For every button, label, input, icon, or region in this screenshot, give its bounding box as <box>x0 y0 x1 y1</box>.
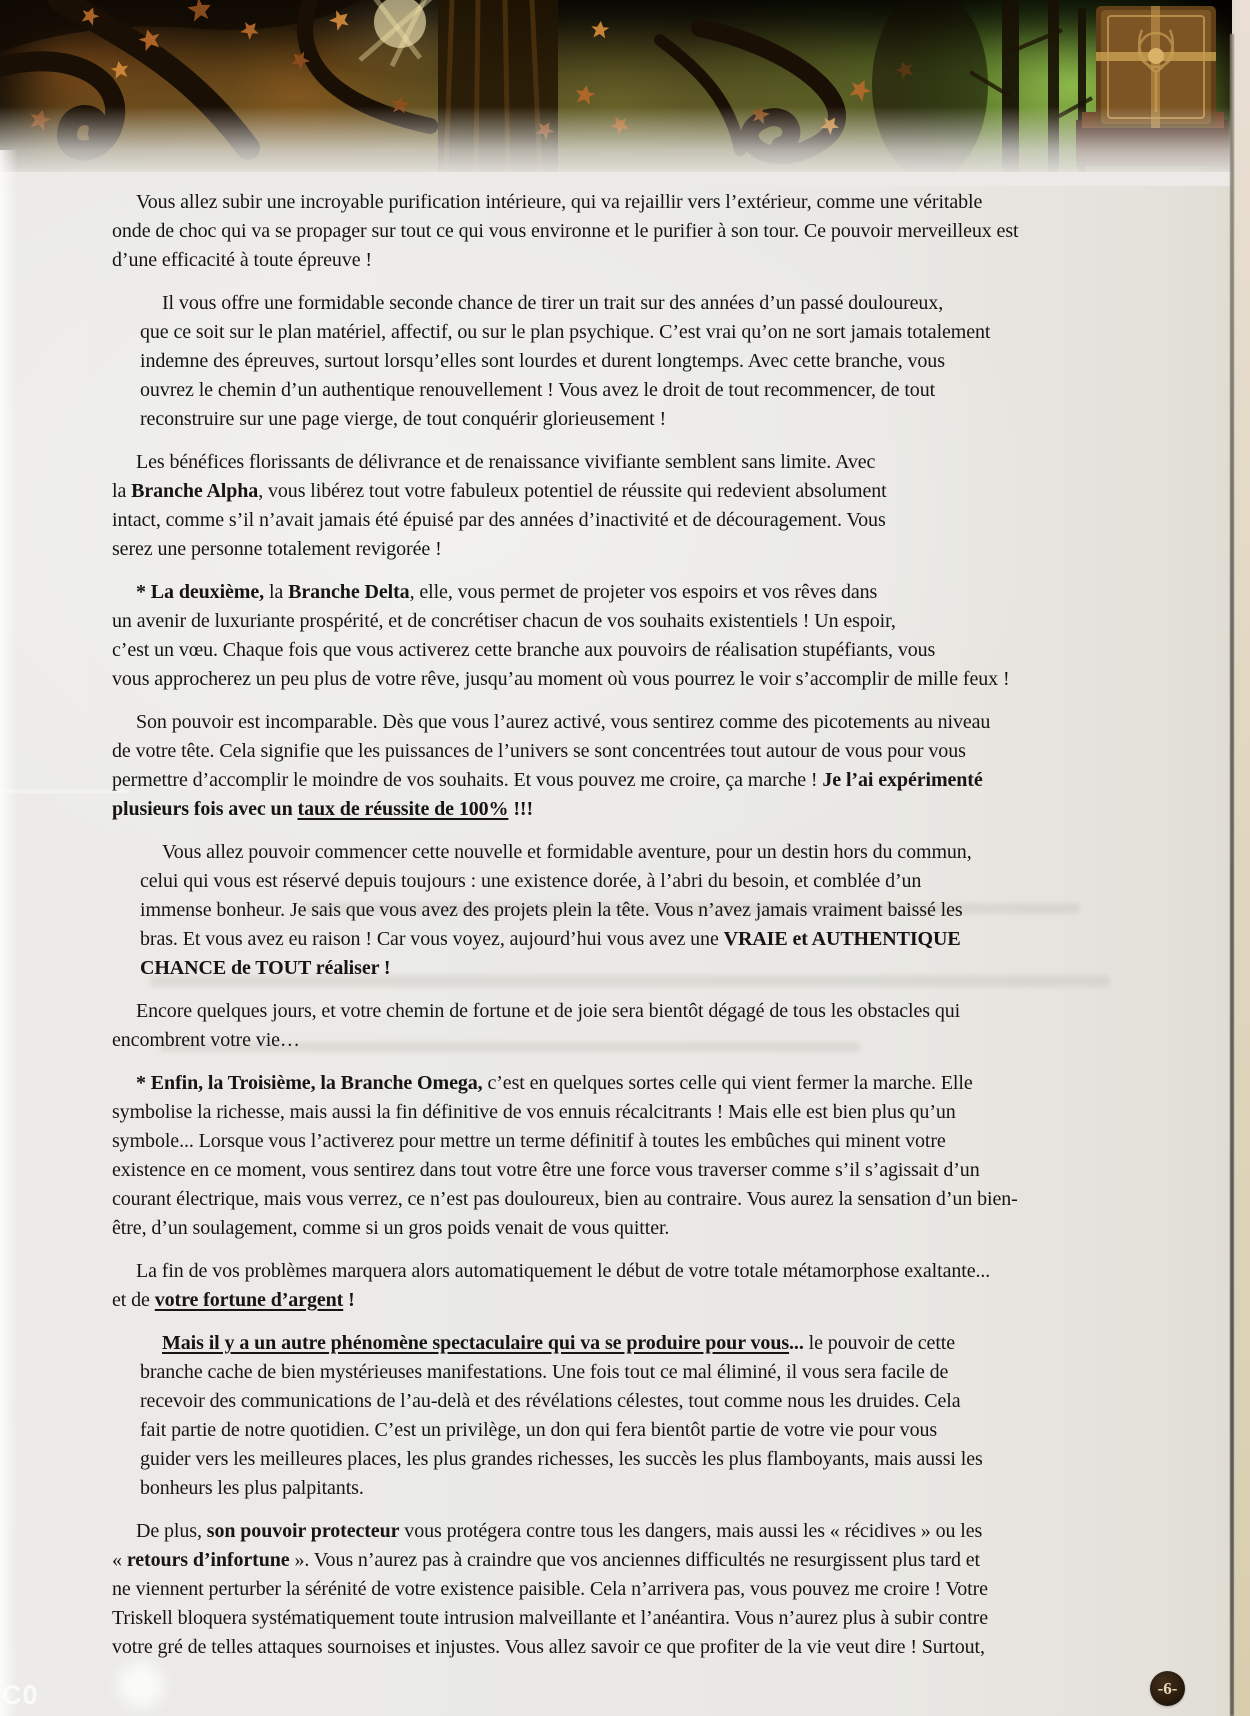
text-line: Vous allez subir une incroyable purifica… <box>112 188 1140 217</box>
text-line: onde de choc qui va se propager sur tout… <box>112 217 1140 246</box>
text-line: plusieurs fois avec un taux de réussite … <box>112 795 1140 824</box>
header-fade <box>0 106 1232 186</box>
text-line: symbolise la richesse, mais aussi la fin… <box>112 1098 1140 1127</box>
text-line: reconstruire sur une page vierge, de tou… <box>112 405 1140 434</box>
text-line: CHANCE de TOUT réaliser ! <box>112 954 1140 983</box>
paragraph: Les bénéfices florissants de délivrance … <box>112 448 1140 564</box>
text-line: immense bonheur. Je sais que vous avez d… <box>112 896 1140 925</box>
text-line: ne viennent perturber la sérénité de vot… <box>112 1575 1140 1604</box>
text-line: * Enfin, la Troisième, la Branche Omega,… <box>112 1069 1140 1098</box>
paragraph: Son pouvoir est incomparable. Dès que vo… <box>112 708 1140 824</box>
text-line: Mais il y a un autre phénomène spectacul… <box>112 1329 1140 1358</box>
text-line: d’une efficacité à toute épreuve ! <box>112 246 1140 275</box>
text-line: « retours d’infortune ». Vous n’aurez pa… <box>112 1546 1140 1575</box>
text-line: être, d’un soulagement, comme si un gros… <box>112 1214 1140 1243</box>
text-line: vous approcherez un peu plus de votre rê… <box>112 665 1140 694</box>
text-line: * La deuxième, la Branche Delta, elle, v… <box>112 578 1140 607</box>
document-body: Vous allez subir une incroyable purifica… <box>112 188 1140 1676</box>
text-line: recevoir des communications de l’au-delà… <box>112 1387 1140 1416</box>
text-line: Vous allez pouvoir commencer cette nouve… <box>112 838 1140 867</box>
text-line: ouvrez le chemin d’un authentique renouv… <box>112 376 1140 405</box>
text-line: indemne des épreuves, surtout lorsqu’ell… <box>112 347 1140 376</box>
text-line: et de votre fortune d’argent ! <box>112 1286 1140 1315</box>
text-line: celui qui vous est réservé depuis toujou… <box>112 867 1140 896</box>
text-line: permettre d’accomplir le moindre de vos … <box>112 766 1140 795</box>
text-line: De plus, son pouvoir protecteur vous pro… <box>112 1517 1140 1546</box>
text-line: bonheurs les plus palpitants. <box>112 1474 1140 1503</box>
text-line: Triskell bloquera systématiquement toute… <box>112 1604 1140 1633</box>
text-line: serez une personne totalement revigorée … <box>112 535 1140 564</box>
scan-background-strip <box>1235 0 1250 1716</box>
paragraph: Vous allez subir une incroyable purifica… <box>112 188 1140 275</box>
text-line: la Branche Alpha, vous libérez tout votr… <box>112 477 1140 506</box>
corner-watermark: C0 <box>2 1680 39 1711</box>
paragraph: Il vous offre une formidable seconde cha… <box>112 289 1140 434</box>
text-line: votre gré de telles attaques sournoises … <box>112 1633 1140 1662</box>
paragraph: Mais il y a un autre phénomène spectacul… <box>112 1329 1140 1503</box>
paragraph: Encore quelques jours, et votre chemin d… <box>112 997 1140 1055</box>
page-edge-shadow <box>1230 34 1234 1716</box>
text-line: courant électrique, mais vous verrez, ce… <box>112 1185 1140 1214</box>
page-number-badge: -6- <box>1150 1671 1185 1706</box>
paragraph: Vous allez pouvoir commencer cette nouve… <box>112 838 1140 983</box>
text-line: fait partie de notre quotidien. C’est un… <box>112 1416 1140 1445</box>
paragraph: * La deuxième, la Branche Delta, elle, v… <box>112 578 1140 694</box>
scanned-letter-page: Vous allez subir une incroyable purifica… <box>0 0 1250 1716</box>
text-line: Il vous offre une formidable seconde cha… <box>112 289 1140 318</box>
text-line: Son pouvoir est incomparable. Dès que vo… <box>112 708 1140 737</box>
text-line: encombrent votre vie… <box>112 1026 1140 1055</box>
scan-edge-highlight <box>0 150 18 1716</box>
text-line: guider vers les meilleures places, les p… <box>112 1445 1140 1474</box>
paragraph: La fin de vos problèmes marquera alors a… <box>112 1257 1140 1315</box>
text-line: symbole... Lorsque vous l’activerez pour… <box>112 1127 1140 1156</box>
fold-crease <box>0 790 130 793</box>
text-line: de votre tête. Cela signifie que les pui… <box>112 737 1140 766</box>
text-line: que ce soit sur le plan matériel, affect… <box>112 318 1140 347</box>
text-line: un avenir de luxuriante prospérité, et d… <box>112 607 1140 636</box>
paragraph: De plus, son pouvoir protecteur vous pro… <box>112 1517 1140 1662</box>
text-line: branche cache de bien mystérieuses manif… <box>112 1358 1140 1387</box>
text-line: bras. Et vous avez eu raison ! Car vous … <box>112 925 1140 954</box>
text-line: existence en ce moment, vous sentirez da… <box>112 1156 1140 1185</box>
text-line: Encore quelques jours, et votre chemin d… <box>112 997 1140 1026</box>
text-line: Les bénéfices florissants de délivrance … <box>112 448 1140 477</box>
paragraph: * Enfin, la Troisième, la Branche Omega,… <box>112 1069 1140 1243</box>
scan-blob <box>118 1662 164 1708</box>
text-line: intact, comme s’il n’avait jamais été ép… <box>112 506 1140 535</box>
text-line: La fin de vos problèmes marquera alors a… <box>112 1257 1140 1286</box>
text-line: c’est un vœu. Chaque fois que vous activ… <box>112 636 1140 665</box>
